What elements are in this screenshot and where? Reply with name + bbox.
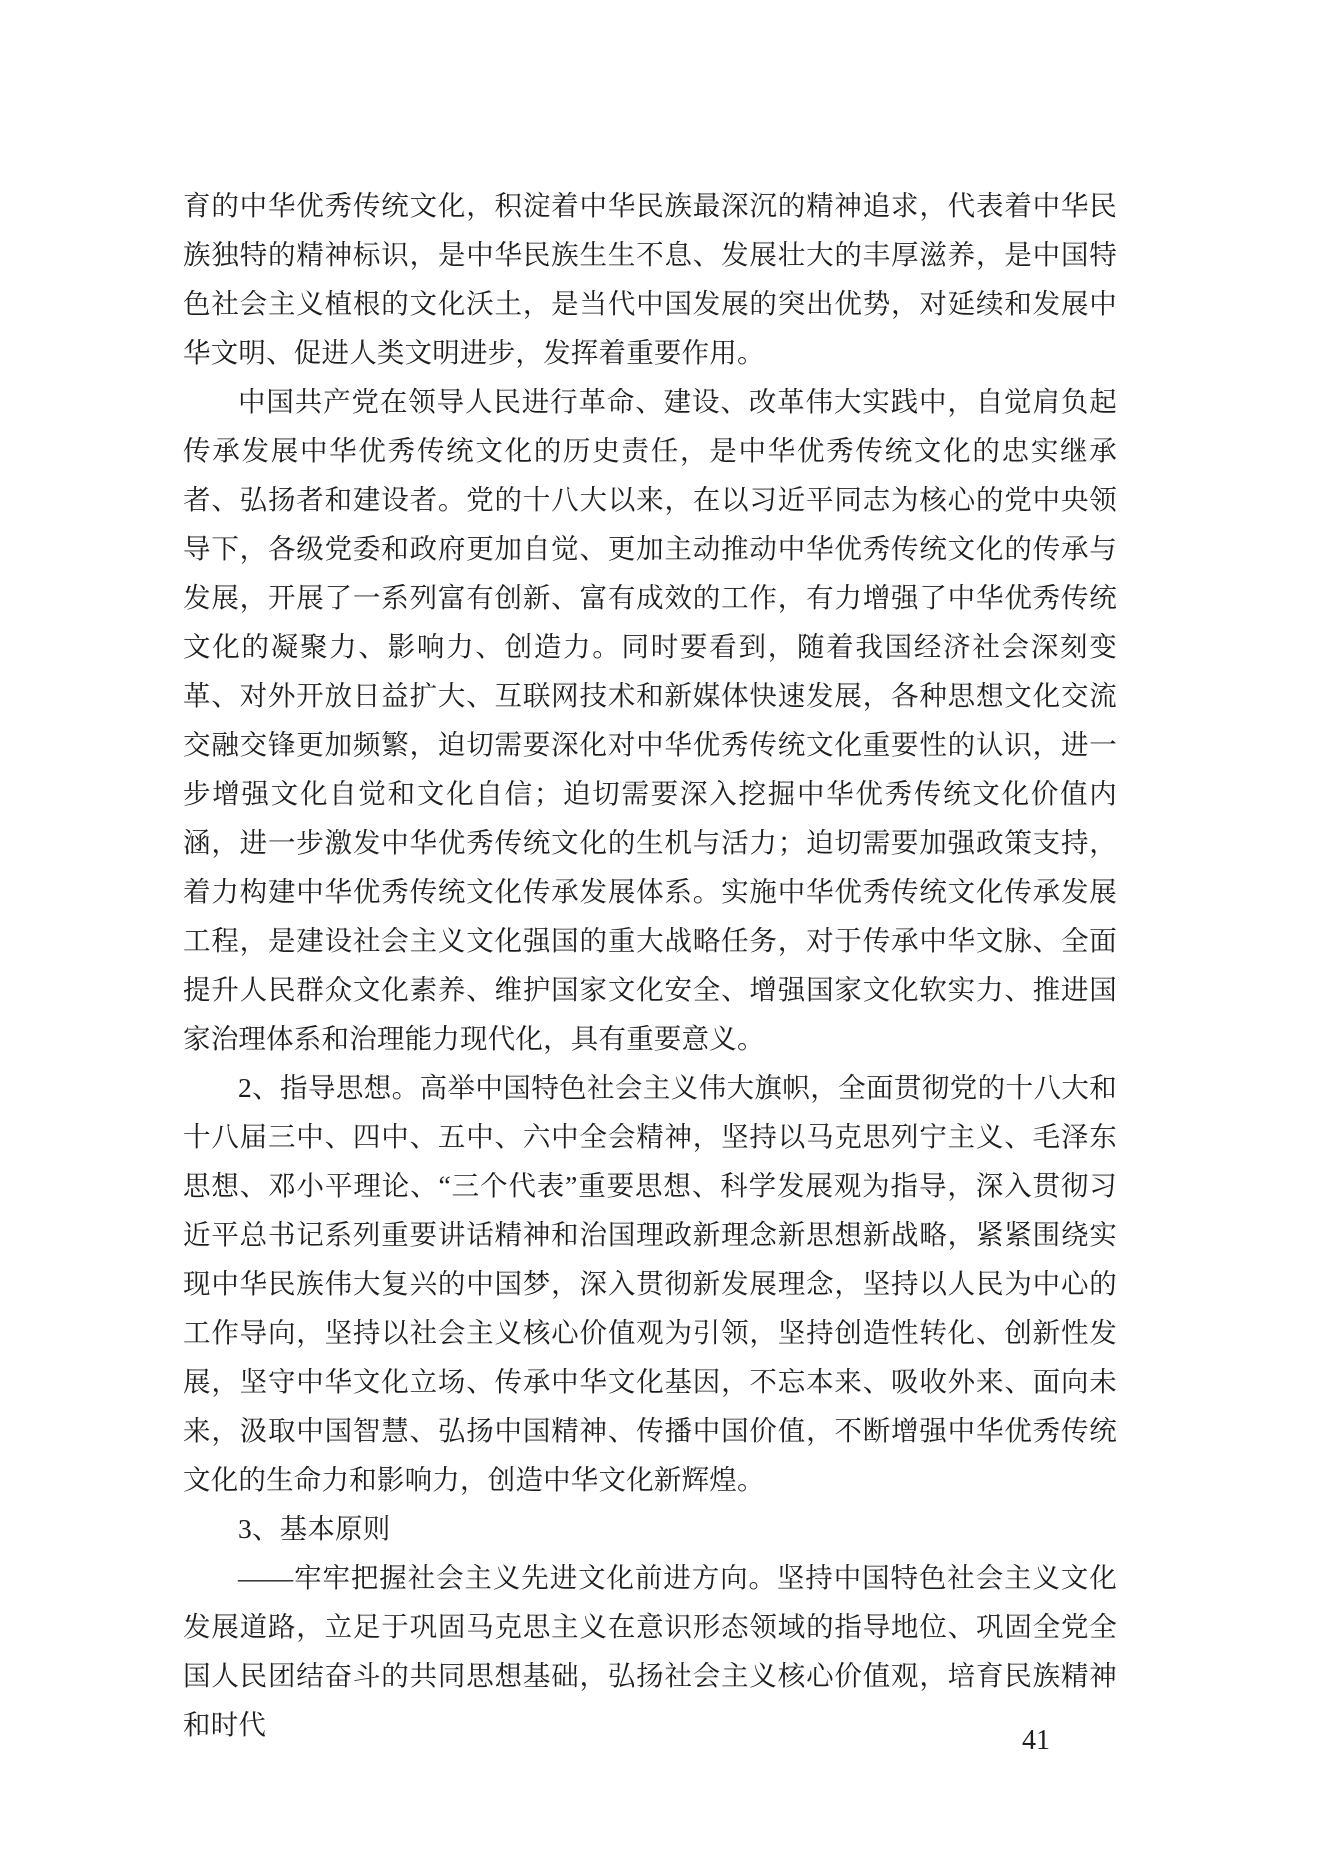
document-page: 育的中华优秀传统文化，积淀着中华民族最深沉的精神追求，代表着中华民族独特的精神标…	[0, 0, 1323, 1871]
paragraph-guiding-ideology: 2、指导思想。高举中国特色社会主义伟大旗帜，全面贯彻党的十八大和十八届三中、四中…	[183, 1063, 1117, 1504]
paragraph-principle-item: ——牢牢把握社会主义先进文化前进方向。坚持中国特色社会主义文化发展道路，立足于巩…	[183, 1553, 1117, 1749]
document-body: 育的中华优秀传统文化，积淀着中华民族最深沉的精神追求，代表着中华民族独特的精神标…	[183, 181, 1117, 1749]
paragraph-basic-principles-heading: 3、基本原则	[183, 1504, 1117, 1553]
paragraph-continuation: 育的中华优秀传统文化，积淀着中华民族最深沉的精神追求，代表着中华民族独特的精神标…	[183, 181, 1117, 377]
page-number: 41	[1022, 1724, 1082, 1758]
paragraph-party-practice: 中国共产党在领导人民进行革命、建设、改革伟大实践中，自觉肩负起传承发展中华优秀传…	[183, 377, 1117, 1063]
